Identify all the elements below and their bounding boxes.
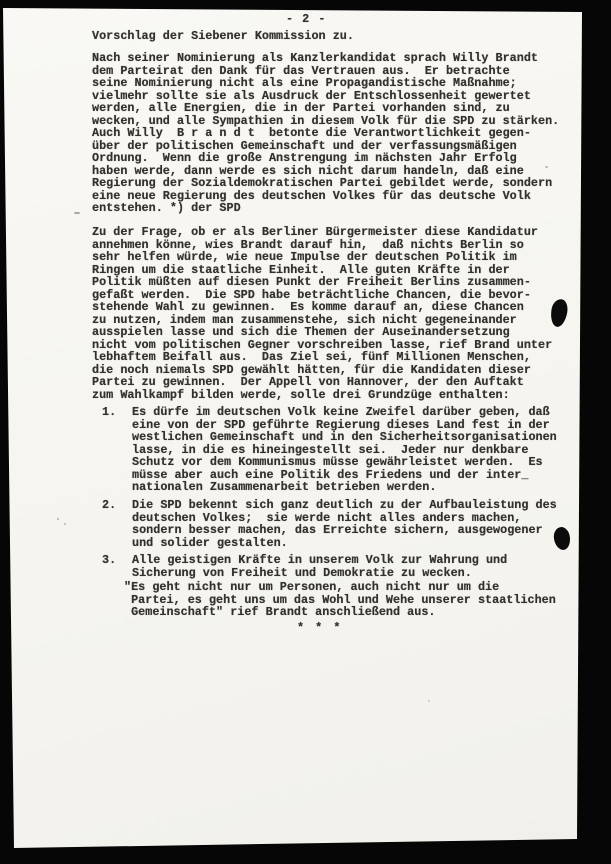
scan-background: { "document": { "page_number": "- 2 -", …: [0, 0, 611, 864]
scan-speck: [428, 700, 430, 702]
paragraph-1: Nach seiner Nominierung als Kanzlerkandi…: [92, 52, 559, 215]
list-item-3-marker: 3.: [102, 554, 116, 567]
scan-speck: [64, 523, 66, 525]
document-title: Vorschlag der Siebener Kommission zu.: [92, 30, 354, 43]
list-item-1-marker: 1.: [102, 406, 116, 419]
list-item-3-text: Alle geistigen Kräfte in unserem Volk zu…: [132, 554, 507, 579]
scan-speck: [74, 212, 80, 214]
document-page: - 2 - Vorschlag der Siebener Kommission …: [0, 0, 611, 864]
paragraph-2: Zu der Frage, ob er als Berliner Bürgerm…: [92, 226, 552, 401]
scan-speck: [57, 518, 59, 520]
list-item-2-text: Die SPD bekennt sich ganz deutlich zu de…: [132, 499, 557, 549]
list-item-2-marker: 2.: [102, 499, 116, 512]
closing-quote-paragraph: "Es geht nicht nur um Personen, auch nic…: [124, 581, 556, 619]
list-item-1-text: Es dürfe im deutschen Volk keine Zweifel…: [132, 406, 557, 494]
page-number: - 2 -: [286, 13, 326, 26]
end-mark: * * *: [297, 622, 342, 635]
scan-speck: [545, 166, 548, 168]
